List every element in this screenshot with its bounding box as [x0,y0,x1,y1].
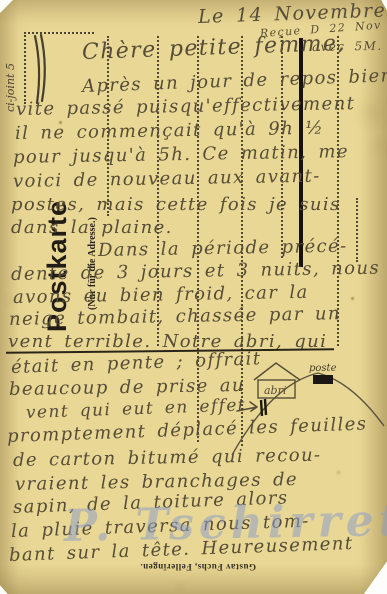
paper-specks [0,0,1,1]
hill-line [232,373,384,455]
shelter-roof [254,363,300,380]
collector-watermark: P. Tschirret [64,495,387,552]
handwriting-line: Après un jour de repos bien [82,65,387,97]
shelter-sketch: abri poste [224,356,387,458]
handwriting-line: voici de nouveau aux avant- [13,166,321,192]
post-mark [313,375,333,384]
handwriting-line: il ne commençait qu'à 9h ½ [15,118,324,144]
greeting: Chère petite femme, [82,31,347,65]
handwriting-line: vite passé puisqu'effectivement [16,93,356,120]
post-label: poste [309,363,337,374]
handwriting-line: Dans la période précé- [98,236,348,261]
arrow-icon [237,402,257,411]
address-rule-line [356,198,358,262]
shelter-label: abri [264,384,286,397]
handwriting-line: dans la plaine. [11,217,173,238]
publisher-imprint: Gustav Fuchs, Fellerïngen. [126,562,270,572]
double-tick-mark [261,399,266,416]
handwriting-line: neige tombait, chassée par un [9,303,341,330]
handwriting-line: postes, mais cette fois je suis [11,194,341,215]
postcard: Postkarte (Nur für die Adresse.) Gustav … [0,0,387,594]
postcard-scan: Postkarte (Nur für die Adresse.) Gustav … [0,0,387,594]
